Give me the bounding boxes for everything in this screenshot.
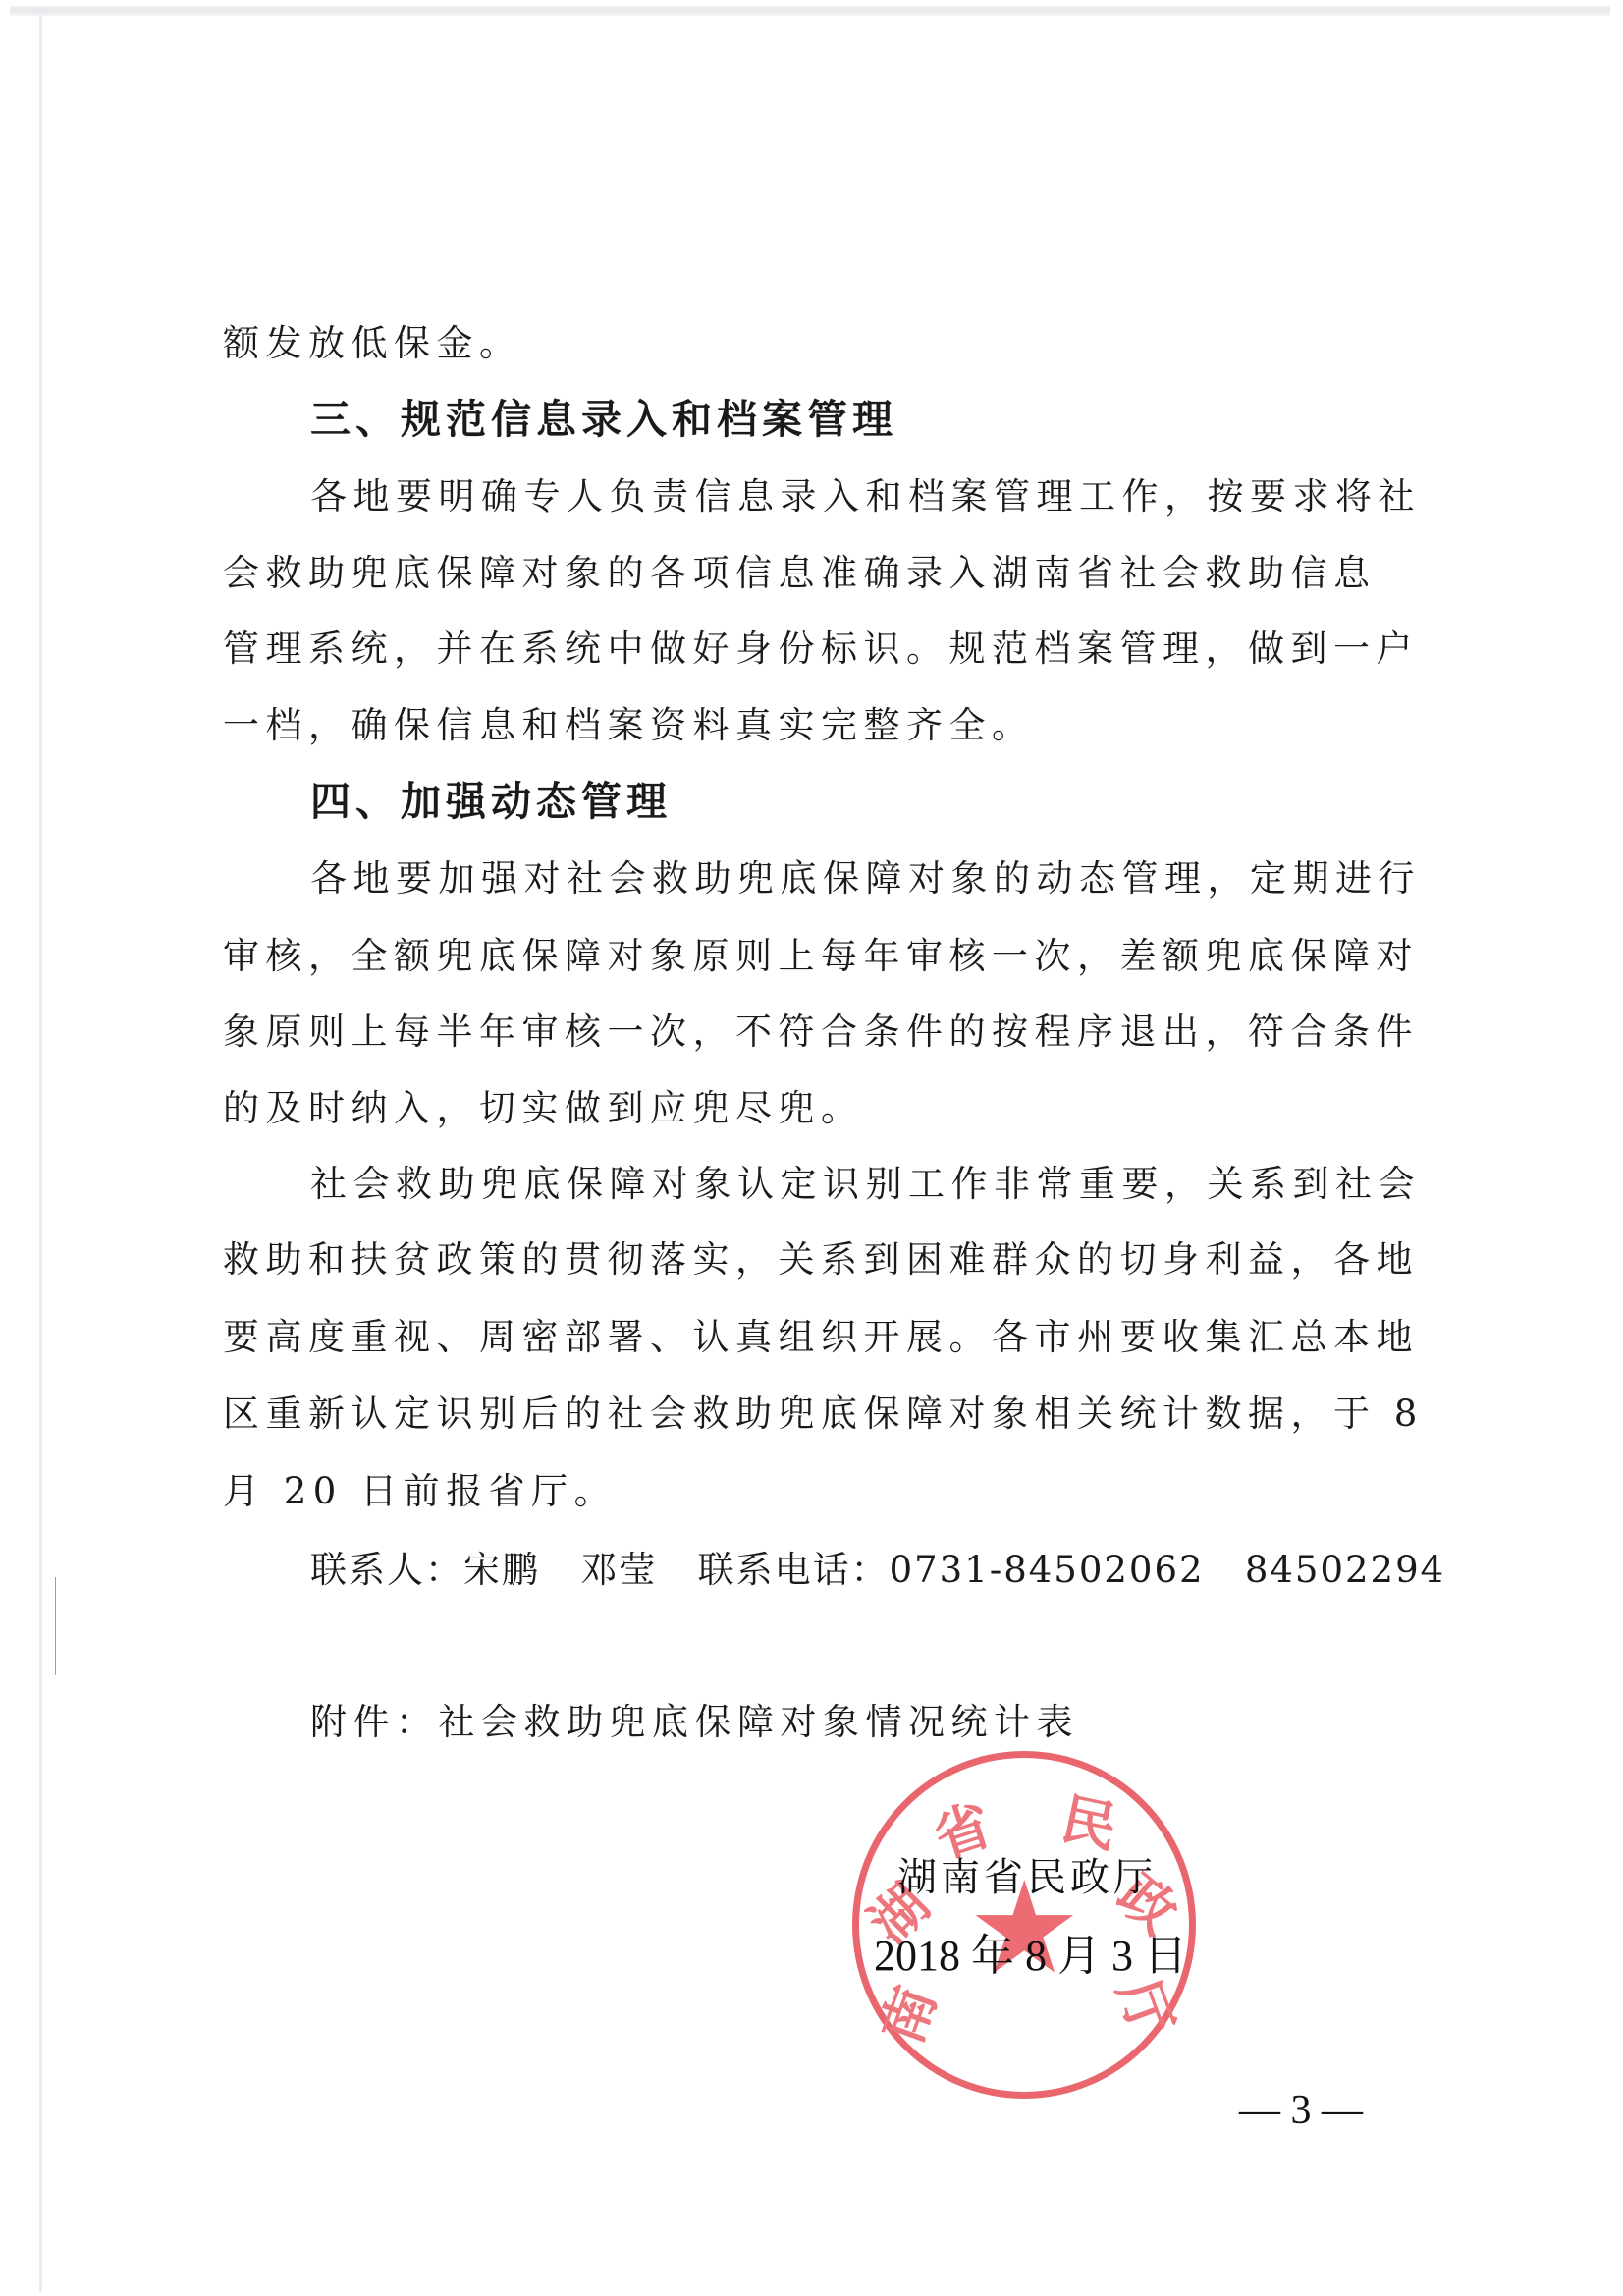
page-number: — 3 —	[1239, 2086, 1363, 2135]
paragraph-line: 各地要明确专人负责信息录入和档案管理工作，按要求将社	[310, 475, 1421, 519]
attachment-line: 附件：社会救助兜底保障对象情况统计表	[310, 1701, 1079, 1744]
seal-char: 民	[1055, 1790, 1121, 1859]
paragraph-line: 月 20 日前报省厅。	[223, 1470, 617, 1513]
scan-edge-top	[10, 6, 1610, 16]
section-heading-4: 四、加强动态管理	[310, 778, 672, 825]
paragraph-line: 救助和扶贫政策的贯彻落实，关系到困难群众的切身利益，各地	[223, 1238, 1419, 1282]
paragraph-line: 一档，确保信息和档案资料真实完整齐全。	[223, 704, 1035, 747]
contact-line: 联系人：宋鹏 邓莹 联系电话：0731-84502062 84502294	[310, 1549, 1445, 1592]
paragraph-line: 要高度重视、周密部署、认真组织开展。各市州要收集汇总本地	[223, 1316, 1419, 1359]
paragraph-line: 社会救助兜底保障对象认定识别工作非常重要，关系到社会	[310, 1163, 1421, 1206]
binding-mark	[55, 1577, 56, 1675]
seal-char: 南	[873, 1979, 947, 2050]
paragraph-line: 额发放低保金。	[223, 322, 522, 365]
issue-date: 2018 年 8 月 3 日	[874, 1934, 1187, 1979]
scan-edge-left	[39, 14, 42, 2292]
paragraph-line: 会救助兜底保障对象的各项信息准确录入湖南省社会救助信息	[223, 552, 1377, 595]
paragraph-line: 象原则上每半年审核一次，不符合条件的按程序退出，符合条件	[223, 1011, 1419, 1054]
seal-char: 厅	[1107, 1972, 1181, 2044]
paragraph-line: 审核，全额兜底保障对象原则上每年审核一次，差额兜底保障对	[223, 935, 1419, 978]
paragraph-line: 管理系统，并在系统中做好身份标识。规范档案管理，做到一户	[223, 628, 1419, 671]
paragraph-line: 的及时纳入，切实做到应兜尽兜。	[223, 1087, 864, 1130]
section-heading-3: 三、规范信息录入和档案管理	[310, 396, 897, 443]
paragraph-line: 各地要加强对社会救助兜底保障对象的动态管理，定期进行	[310, 857, 1421, 901]
paragraph-line: 区重新认定识别后的社会救助兜底保障对象相关统计数据，于 8	[223, 1393, 1424, 1436]
official-seal: 省 民 政 厅 湖 南 ★	[852, 1751, 1196, 2099]
issuer-name: 湖南省民政厅	[897, 1855, 1157, 1900]
